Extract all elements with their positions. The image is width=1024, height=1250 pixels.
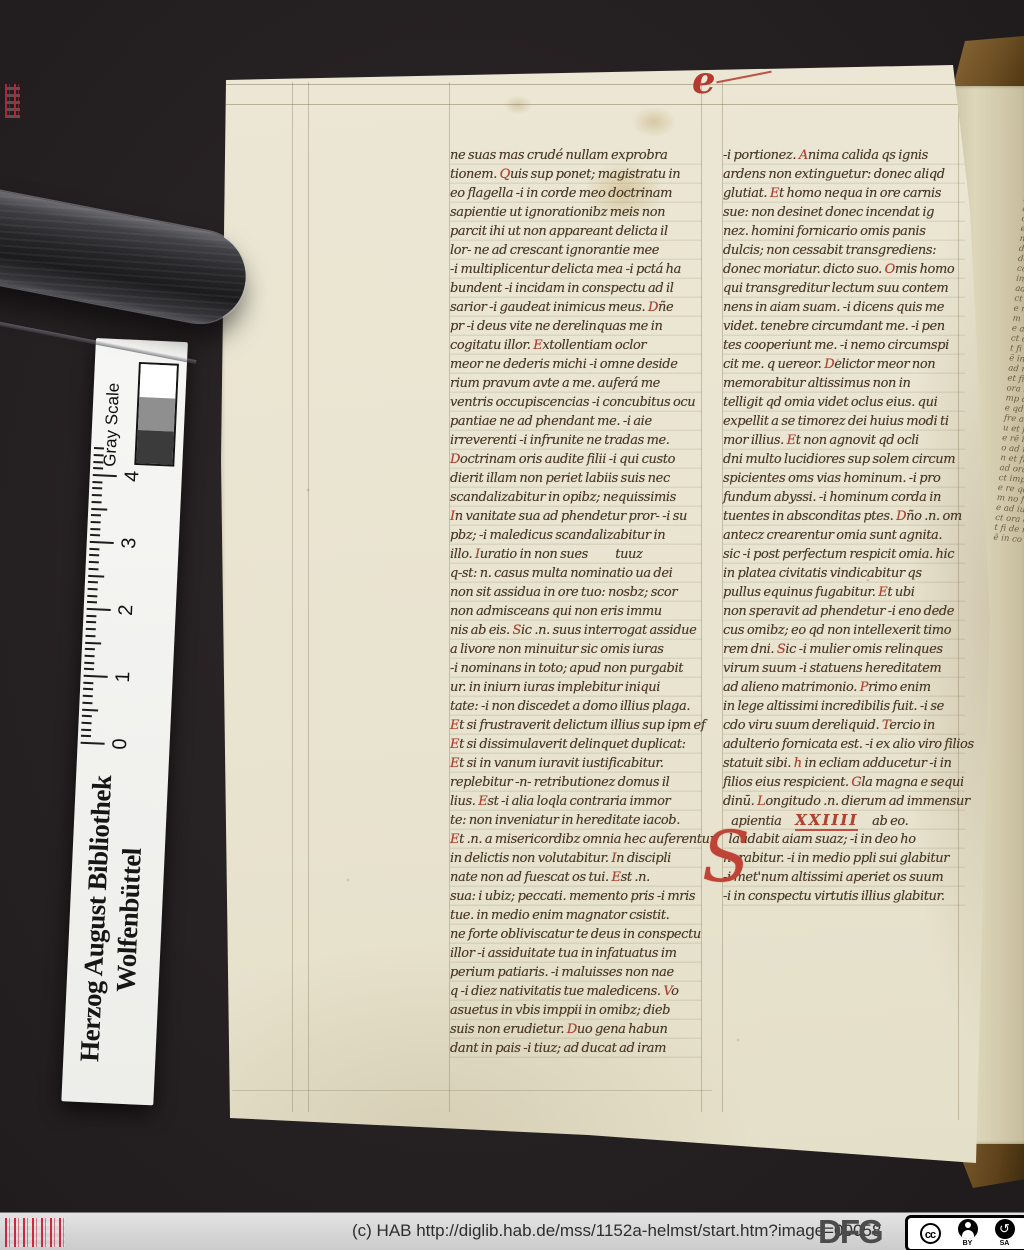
reference-card: Gray Scale 01234 Herzog August Bibliothe… <box>61 338 188 1105</box>
page-clamp <box>0 187 254 331</box>
text-column-right: -i portionez. Anima calida qs ignisarden… <box>723 146 965 906</box>
color-registration-mark-top <box>5 84 20 118</box>
copyright-url: (c) HAB http://diglib.hab.de/mss/1152a-h… <box>352 1221 881 1241</box>
cc-license-badge: cc BY ↺ SA <box>905 1215 1024 1250</box>
cc-sa-label: SA <box>1000 1240 1010 1248</box>
cc-sa-arrow-icon: ↺ <box>995 1219 1015 1239</box>
rubricated-initial: S <box>702 822 750 892</box>
quire-mark: e <box>692 60 716 100</box>
cc-by-person-icon <box>958 1219 978 1239</box>
cc-by-label: BY <box>963 1240 973 1248</box>
institution-label: Herzog August Bibliothek Wolfenbüttel <box>71 736 161 1103</box>
color-registration-mark-footer <box>5 1218 65 1247</box>
scan-photo-stage: qd im no fre ad iu lct ora et fi de rē i… <box>0 0 1024 1250</box>
ruling-line <box>232 1090 712 1091</box>
ruling-line <box>226 104 958 105</box>
ruler-scale: 01234 <box>96 338 188 342</box>
cc-icon: cc <box>920 1223 941 1244</box>
ruling-line <box>308 82 309 1112</box>
ruling-line <box>292 82 293 1112</box>
dfg-logo: DFG <box>818 1213 882 1250</box>
text-column-left: ne suas mas crudé nullam exprobrationem.… <box>450 146 702 1058</box>
quire-mark-flourish <box>716 71 771 84</box>
footer-bar: (c) HAB http://diglib.hab.de/mss/1152a-h… <box>0 1212 1024 1250</box>
manuscript-page-image: e ne suas mas crudé nullam exprobratione… <box>218 60 992 1170</box>
ruling-line <box>226 84 958 85</box>
gray-scale-label: Gray Scale <box>100 360 125 467</box>
gray-scale-patch <box>134 362 179 467</box>
